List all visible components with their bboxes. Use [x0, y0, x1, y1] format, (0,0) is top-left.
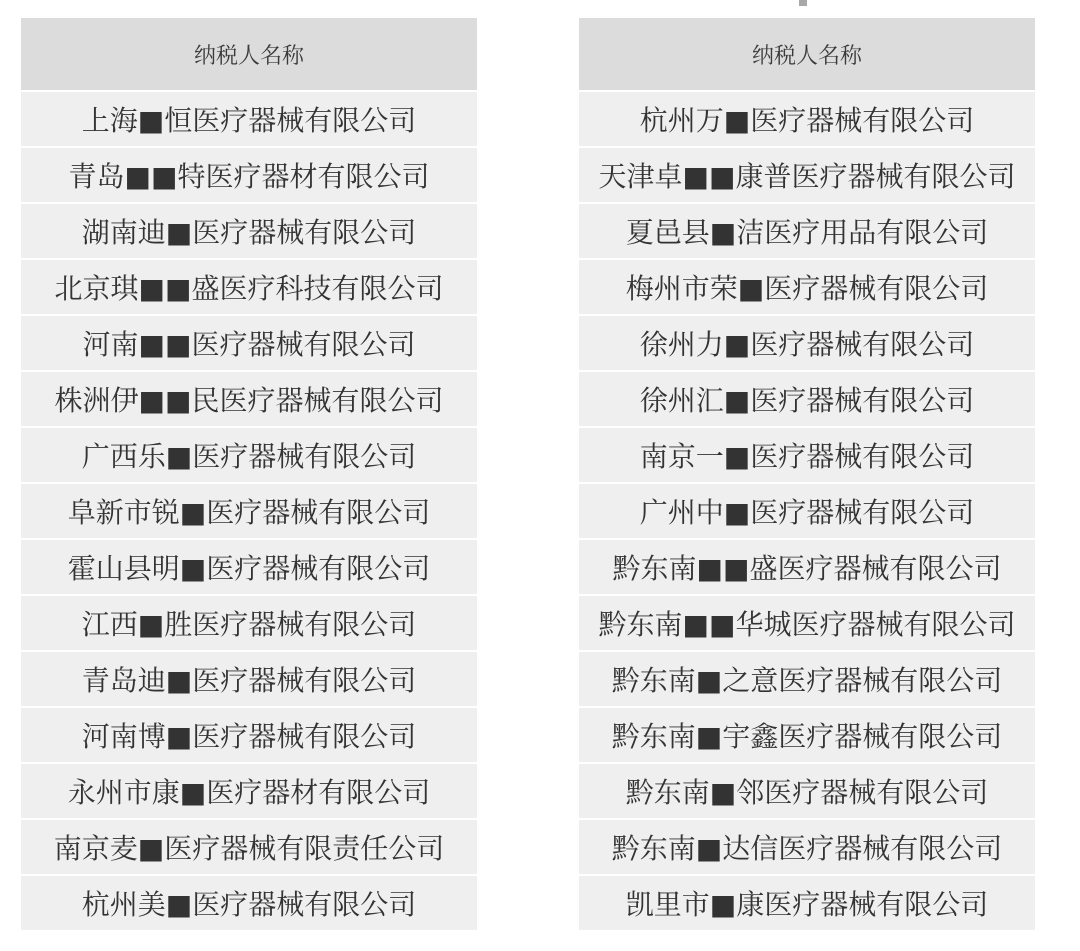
table-row: 黔东南■宇鑫医疗器械有限公司 — [579, 708, 1035, 762]
table-row: 黔东南■■盛医疗器械有限公司 — [579, 540, 1035, 594]
table-row: 徐州汇■医疗器械有限公司 — [579, 372, 1035, 426]
table-row: 霍山县明■医疗器械有限公司 — [21, 540, 477, 594]
table-row: 湖南迪■医疗器械有限公司 — [21, 204, 477, 258]
column-header-taxpayer-name: 纳税人名称 — [21, 18, 477, 90]
table-row: 杭州万■医疗器械有限公司 — [579, 92, 1035, 146]
table-row: 南京麦■医疗器械有限责任公司 — [21, 820, 477, 874]
table-row: 黔东南■达信医疗器械有限公司 — [579, 820, 1035, 874]
table-row: 河南■■医疗器械有限公司 — [21, 316, 477, 370]
top-edge-mark — [799, 0, 807, 6]
table-row: 青岛迪■医疗器械有限公司 — [21, 652, 477, 706]
table-row: 杭州美■医疗器械有限公司 — [21, 876, 477, 930]
table-row: 南京一■医疗器械有限公司 — [579, 428, 1035, 482]
table-row: 河南博■医疗器械有限公司 — [21, 708, 477, 762]
table-row: 青岛■■特医疗器材有限公司 — [21, 148, 477, 202]
taxpayer-table-right: 纳税人名称 杭州万■医疗器械有限公司 天津卓■■康普医疗器械有限公司 夏邑县■洁… — [579, 18, 1035, 930]
table-row: 江西■胜医疗器械有限公司 — [21, 596, 477, 650]
table-row: 株洲伊■■民医疗器械有限公司 — [21, 372, 477, 426]
table-row: 梅州市荣■医疗器械有限公司 — [579, 260, 1035, 314]
table-row: 广州中■医疗器械有限公司 — [579, 484, 1035, 538]
table-row: 夏邑县■洁医疗用品有限公司 — [579, 204, 1035, 258]
table-row: 上海■恒医疗器械有限公司 — [21, 92, 477, 146]
table-row: 黔东南■之意医疗器械有限公司 — [579, 652, 1035, 706]
table-row: 广西乐■医疗器械有限公司 — [21, 428, 477, 482]
table-row: 阜新市锐■医疗器械有限公司 — [21, 484, 477, 538]
table-row: 黔东南■邻医疗器械有限公司 — [579, 764, 1035, 818]
table-row: 永州市康■医疗器材有限公司 — [21, 764, 477, 818]
table-row: 北京琪■■盛医疗科技有限公司 — [21, 260, 477, 314]
taxpayer-table-left: 纳税人名称 上海■恒医疗器械有限公司 青岛■■特医疗器材有限公司 湖南迪■医疗器… — [21, 18, 477, 930]
table-row: 徐州力■医疗器械有限公司 — [579, 316, 1035, 370]
table-row: 黔东南■■华城医疗器械有限公司 — [579, 596, 1035, 650]
table-row: 天津卓■■康普医疗器械有限公司 — [579, 148, 1035, 202]
column-header-taxpayer-name: 纳税人名称 — [579, 18, 1035, 90]
table-row: 凯里市■康医疗器械有限公司 — [579, 876, 1035, 930]
